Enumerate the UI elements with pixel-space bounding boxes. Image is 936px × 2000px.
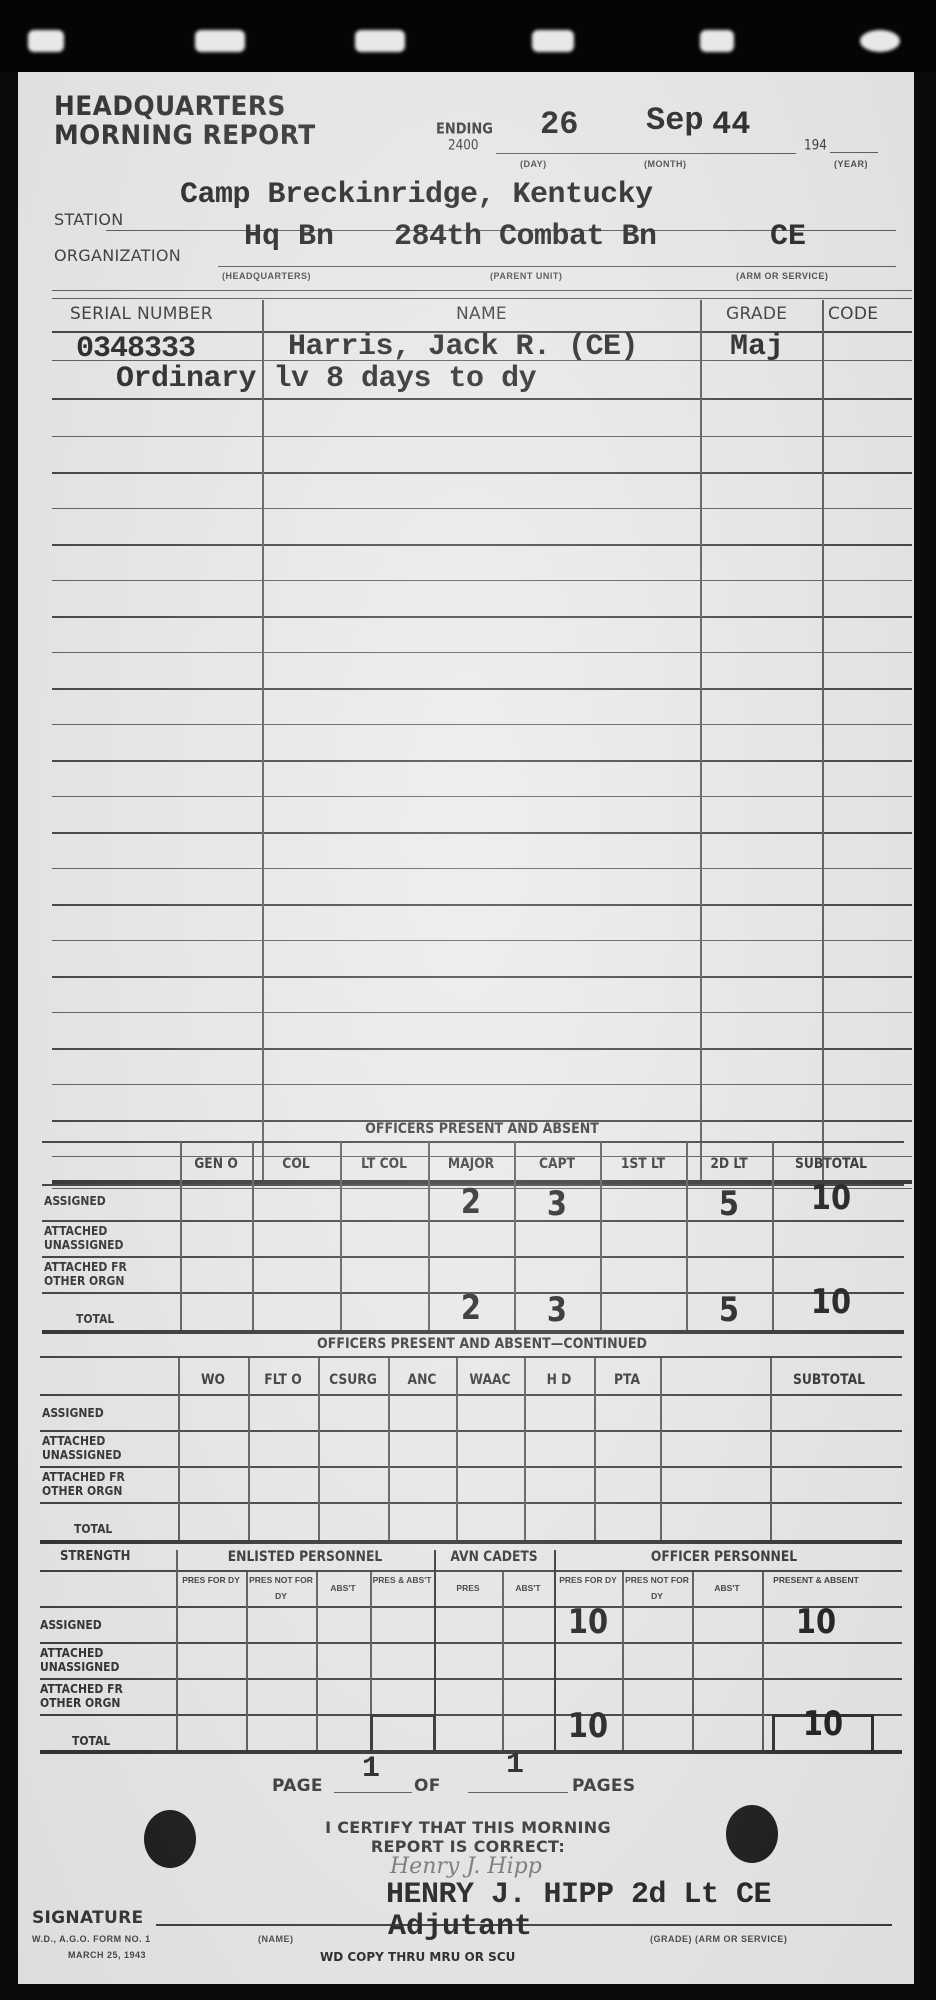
film-edge — [0, 0, 936, 72]
group-enlisted-personnel: ENLISTED PERSONNEL — [191, 1549, 418, 1565]
table-line — [40, 1540, 902, 1544]
entry-line — [52, 1084, 912, 1085]
table-line — [40, 1356, 902, 1358]
headquarters-value: Hq Bn — [244, 220, 334, 254]
row-label-assigned: ASSIGNED — [44, 1194, 106, 1208]
signer-title: Adjutant — [388, 1910, 532, 1944]
row-label-assigned: ASSIGNED — [40, 1618, 102, 1632]
signer-name-grade: HENRY J. HIPP 2d Lt CE — [386, 1878, 771, 1912]
entry-line — [52, 398, 912, 400]
entry-line — [52, 796, 912, 797]
row-label-attached-fr-other: ATTACHED FR OTHER ORGN — [42, 1470, 159, 1498]
col-off-present-absent: PRESENT & ABSENT — [762, 1572, 870, 1588]
total-off-pres-for-dy: 10 — [559, 1706, 617, 1746]
pages-label: PAGES — [572, 1776, 635, 1796]
year-prefix: 194 — [804, 137, 827, 153]
page-value: 1 — [362, 1752, 380, 1786]
arm-caption: (ARM OR SERVICE) — [736, 271, 828, 281]
col-divider — [770, 1358, 772, 1540]
col-divider — [456, 1358, 458, 1540]
col-capt: CAPT — [519, 1156, 595, 1172]
col-divider — [686, 1142, 688, 1330]
col-subtotal: SUBTOTAL — [779, 1156, 883, 1172]
assigned-capt: 3 — [520, 1184, 593, 1224]
table-line — [40, 1430, 902, 1432]
row-label-total: TOTAL — [76, 1312, 114, 1326]
entry-line — [52, 544, 912, 546]
col-divider — [502, 1572, 504, 1750]
entry-line — [52, 760, 912, 762]
col-divider — [762, 1572, 764, 1750]
entry-line — [52, 360, 912, 361]
assigned-major: 2 — [434, 1182, 507, 1222]
col-anc: ANC — [392, 1372, 452, 1388]
entry-line — [52, 688, 912, 690]
col-flt-o: FLT O — [252, 1372, 314, 1388]
station-label: STATION — [54, 210, 124, 229]
film-frame-mark — [28, 30, 64, 52]
col-major: MAJOR — [433, 1156, 509, 1172]
page-line — [334, 1792, 412, 1793]
row-label-assigned: ASSIGNED — [42, 1406, 104, 1420]
table-line — [40, 1394, 902, 1396]
name-caption: (NAME) — [258, 1934, 294, 1944]
entry-line — [52, 652, 912, 653]
col-subtotal: SUBTOTAL — [777, 1372, 881, 1388]
officers-table-title: OFFICERS PRESENT AND ABSENT — [95, 1121, 869, 1137]
col-wo: WO — [182, 1372, 244, 1388]
row-label-attached-unassigned: ATTACHED UNASSIGNED — [44, 1224, 161, 1252]
form-id: W.D., A.G.O. FORM NO. 1 — [32, 1934, 151, 1944]
certify-line-1: I CERTIFY THAT THIS MORNING — [288, 1818, 648, 1837]
entry-remark: Ordinary lv 8 days to dy — [116, 362, 536, 396]
group-avn-cadets: AVN CADETS — [441, 1549, 547, 1565]
col-divider — [524, 1358, 526, 1540]
entry-line — [52, 976, 912, 978]
col-enl-pres-not-for-dy: PRES NOT FOR DY — [246, 1572, 316, 1604]
col-divider — [822, 300, 824, 1180]
table-line — [42, 1256, 904, 1258]
col-divider — [700, 300, 702, 1180]
entry-line — [52, 724, 912, 725]
col-2d-lt: 2D LT — [691, 1156, 767, 1172]
col-divider — [318, 1358, 320, 1540]
col-divider — [176, 1550, 178, 1750]
col-1st-lt: 1ST LT — [605, 1156, 681, 1172]
station-value: Camp Breckinridge, Kentucky — [180, 178, 653, 212]
assigned-subtotal: 10 — [781, 1178, 881, 1218]
headquarters-caption: (HEADQUARTERS) — [222, 271, 311, 281]
total-off-present-absent: 10 — [780, 1704, 867, 1744]
col-pta: PTA — [598, 1372, 656, 1388]
entry-grade: Maj — [730, 330, 784, 364]
signature-label: SIGNATURE — [32, 1908, 143, 1928]
year-line — [830, 152, 878, 153]
col-divider — [514, 1142, 516, 1330]
col-divider — [340, 1142, 342, 1330]
row-label-attached-fr-other: ATTACHED FR OTHER ORGN — [40, 1682, 157, 1710]
col-cad-pres: PRES — [434, 1580, 502, 1596]
title-line-2: MORNING REPORT — [54, 121, 316, 150]
table-line — [42, 1141, 904, 1143]
col-off-pres-not-for-dy: PRES NOT FOR DY — [622, 1572, 692, 1604]
entry-line — [52, 832, 912, 834]
year-caption: (YEAR) — [834, 159, 868, 169]
page-label: PAGE — [272, 1776, 323, 1796]
handwritten-signature: Henry J. Hipp — [390, 1854, 542, 1879]
col-off-pres-for-dy: PRES FOR DY — [554, 1572, 622, 1588]
film-frame-mark — [700, 30, 734, 52]
of-label: OF — [414, 1776, 441, 1796]
enl-total-box — [370, 1714, 436, 1754]
organization-line — [218, 266, 896, 267]
table-line — [40, 1502, 902, 1504]
month-value: Sep — [646, 102, 704, 139]
col-divider — [180, 1142, 182, 1330]
col-waac: WAAC — [460, 1372, 520, 1388]
col-serial-number: SERIAL NUMBER — [70, 304, 213, 324]
entry-line — [52, 436, 912, 437]
col-divider — [772, 1142, 774, 1330]
month-caption: (MONTH) — [644, 159, 687, 169]
organization-label: ORGANIZATION — [54, 246, 181, 265]
morning-report-form: HEADQUARTERS MORNING REPORT ENDING 2400 … — [18, 72, 914, 1984]
parent-unit-value: 284th Combat Bn — [394, 220, 657, 254]
pages-line — [468, 1792, 568, 1793]
group-officer-personnel: OFFICER PERSONNEL — [574, 1549, 873, 1565]
officers-continued-title: OFFICERS PRESENT AND ABSENT—CONTINUED — [95, 1336, 869, 1352]
parent-unit-caption: (PARENT UNIT) — [490, 271, 562, 281]
col-col: COL — [257, 1156, 334, 1172]
entry-line — [52, 1012, 912, 1013]
row-label-attached-fr-other: ATTACHED FR OTHER ORGN — [44, 1260, 161, 1288]
total-subtotal: 10 — [781, 1282, 881, 1322]
col-enl-abst: ABS'T — [316, 1580, 370, 1596]
total-capt: 3 — [520, 1290, 593, 1330]
col-divider — [388, 1358, 390, 1540]
col-gen-o: GEN O — [184, 1156, 247, 1172]
day-caption: (DAY) — [520, 159, 547, 169]
form-title: HEADQUARTERS MORNING REPORT — [54, 92, 316, 150]
col-divider — [248, 1358, 250, 1540]
col-name: NAME — [456, 304, 507, 324]
col-divider — [600, 1142, 602, 1330]
col-enl-pres-for-dy: PRES FOR DY — [176, 1572, 246, 1588]
col-divider — [428, 1142, 430, 1330]
col-code: CODE — [828, 304, 878, 324]
arm-value: CE — [770, 220, 806, 254]
entry-line — [52, 472, 912, 474]
entry-line — [52, 940, 912, 941]
film-frame-mark — [195, 30, 245, 52]
entry-line — [52, 616, 912, 618]
col-divider — [262, 300, 264, 1180]
divider — [52, 298, 912, 299]
punch-hole — [726, 1805, 778, 1863]
col-divider — [246, 1572, 248, 1750]
row-label-total: TOTAL — [72, 1734, 110, 1748]
col-lt-col: LT COL — [345, 1156, 422, 1172]
col-off-abst: ABS'T — [692, 1580, 762, 1596]
row-label-total: TOTAL — [74, 1522, 112, 1536]
entry-line — [52, 868, 912, 869]
entry-line — [52, 904, 912, 906]
table-line — [40, 1642, 902, 1644]
col-divider — [622, 1572, 624, 1750]
table-line — [40, 1466, 902, 1468]
film-frame-mark — [532, 30, 574, 52]
date-line — [496, 153, 796, 154]
film-frame-mark — [355, 30, 405, 52]
col-divider — [594, 1358, 596, 1540]
col-hd: H D — [528, 1372, 590, 1388]
grade-caption: (GRADE) (ARM OR SERVICE) — [650, 1934, 787, 1944]
form-date: MARCH 25, 1943 — [68, 1950, 146, 1960]
col-divider — [178, 1358, 180, 1540]
assigned-off-present-absent: 10 — [770, 1602, 862, 1642]
pages-value: 1 — [506, 1748, 524, 1782]
assigned-off-pres-for-dy: 10 — [559, 1602, 617, 1642]
col-divider — [692, 1572, 694, 1750]
table-line — [42, 1330, 904, 1334]
col-divider — [554, 1550, 556, 1750]
col-divider — [660, 1358, 662, 1540]
table-line — [40, 1678, 902, 1680]
year-value: 44 — [712, 106, 750, 143]
day-value: 26 — [540, 106, 578, 143]
time-label: 2400 — [448, 137, 479, 153]
punch-hole — [144, 1810, 196, 1868]
col-enl-pres-abst: PRES & ABS'T — [370, 1572, 434, 1588]
entry-line — [52, 508, 912, 509]
divider — [52, 290, 912, 291]
entry-name: Harris, Jack R. (CE) — [288, 330, 638, 364]
col-grade: GRADE — [726, 304, 787, 324]
title-line-1: HEADQUARTERS — [54, 92, 316, 121]
col-csurg: CSURG — [322, 1372, 384, 1388]
col-divider — [252, 1142, 254, 1330]
copy-note: WD COPY THRU MRU OR SCU — [320, 1950, 515, 1964]
row-label-attached-unassigned: ATTACHED UNASSIGNED — [42, 1434, 159, 1462]
film-frame-mark — [860, 30, 900, 52]
ending-label: ENDING — [436, 121, 493, 138]
entry-line — [52, 580, 912, 581]
row-label-attached-unassigned: ATTACHED UNASSIGNED — [40, 1646, 157, 1674]
strength-label: STRENGTH — [60, 1550, 130, 1564]
col-divider — [316, 1572, 318, 1750]
certification-text: I CERTIFY THAT THIS MORNING REPORT IS CO… — [288, 1818, 648, 1856]
entry-line — [52, 1048, 912, 1050]
col-cad-abst: ABS'T — [502, 1580, 554, 1596]
assigned-2d-lt: 5 — [692, 1184, 765, 1224]
total-2d-lt: 5 — [692, 1290, 765, 1330]
total-major: 2 — [434, 1288, 507, 1328]
